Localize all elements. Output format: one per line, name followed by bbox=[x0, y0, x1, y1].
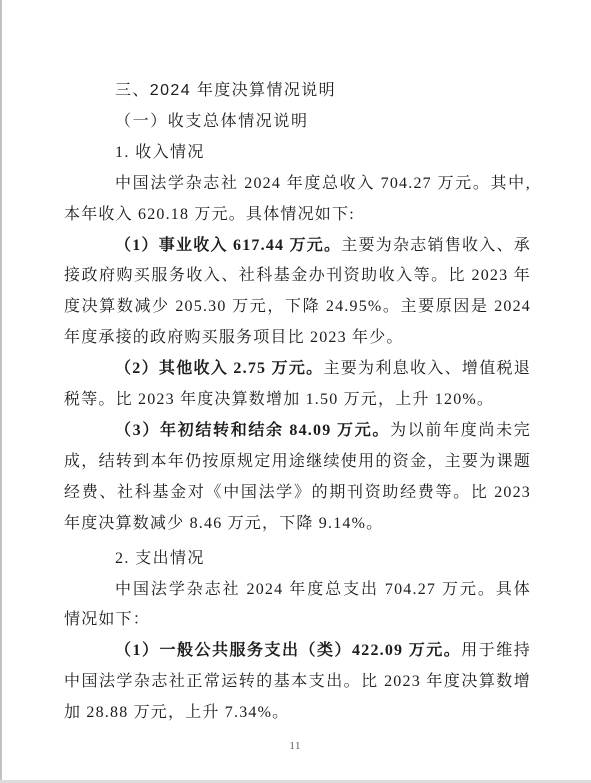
income-item-2-lead: （2）其他收入 2.75 万元。 bbox=[115, 360, 323, 377]
expenditure-item-1-lead: （1）一般公共服务支出（类）422.09 万元。 bbox=[115, 642, 461, 659]
income-item-2: （2）其他收入 2.75 万元。主要为利息收入、增值税退税等。比 2023 年度… bbox=[64, 354, 531, 416]
document-page: 三、2024 年度决算情况说明 （一）收支总体情况说明 1. 收入情况 中国法学… bbox=[0, 0, 591, 783]
section-title: 三、2024 年度决算情况说明 bbox=[64, 76, 531, 107]
expenditure-heading: 2. 支出情况 bbox=[64, 544, 531, 575]
page-number: 11 bbox=[0, 740, 591, 754]
income-item-1: （1）事业收入 617.44 万元。主要为杂志销售收入、承接政府购买服务收入、社… bbox=[64, 231, 531, 355]
income-intro-text: 中国法学杂志社 2024 年度总收入 704.27 万元。其中,本年收入 620… bbox=[64, 175, 531, 223]
expenditure-item-1: （1）一般公共服务支出（类）422.09 万元。用于维持中国法学杂志社正常运转的… bbox=[64, 636, 531, 729]
document-body: 三、2024 年度决算情况说明 （一）收支总体情况说明 1. 收入情况 中国法学… bbox=[64, 76, 531, 729]
income-heading: 1. 收入情况 bbox=[64, 138, 531, 169]
income-item-3: （3）年初结转和结余 84.09 万元。为以前年度尚未完成，结转到本年仍按原规定… bbox=[64, 416, 531, 540]
income-intro-paragraph: 中国法学杂志社 2024 年度总收入 704.27 万元。其中,本年收入 620… bbox=[64, 169, 531, 231]
expenditure-intro-paragraph: 中国法学杂志社 2024 年度总支出 704.27 万元。具体情况如下： bbox=[64, 575, 531, 637]
expenditure-intro-text: 中国法学杂志社 2024 年度总支出 704.27 万元。具体情况如下： bbox=[64, 581, 531, 629]
income-item-3-lead: （3）年初结转和结余 84.09 万元。 bbox=[115, 422, 390, 439]
section-subtitle: （一）收支总体情况说明 bbox=[64, 107, 531, 138]
page-left-edge bbox=[0, 0, 2, 783]
income-item-1-lead: （1）事业收入 617.44 万元。 bbox=[115, 237, 341, 254]
